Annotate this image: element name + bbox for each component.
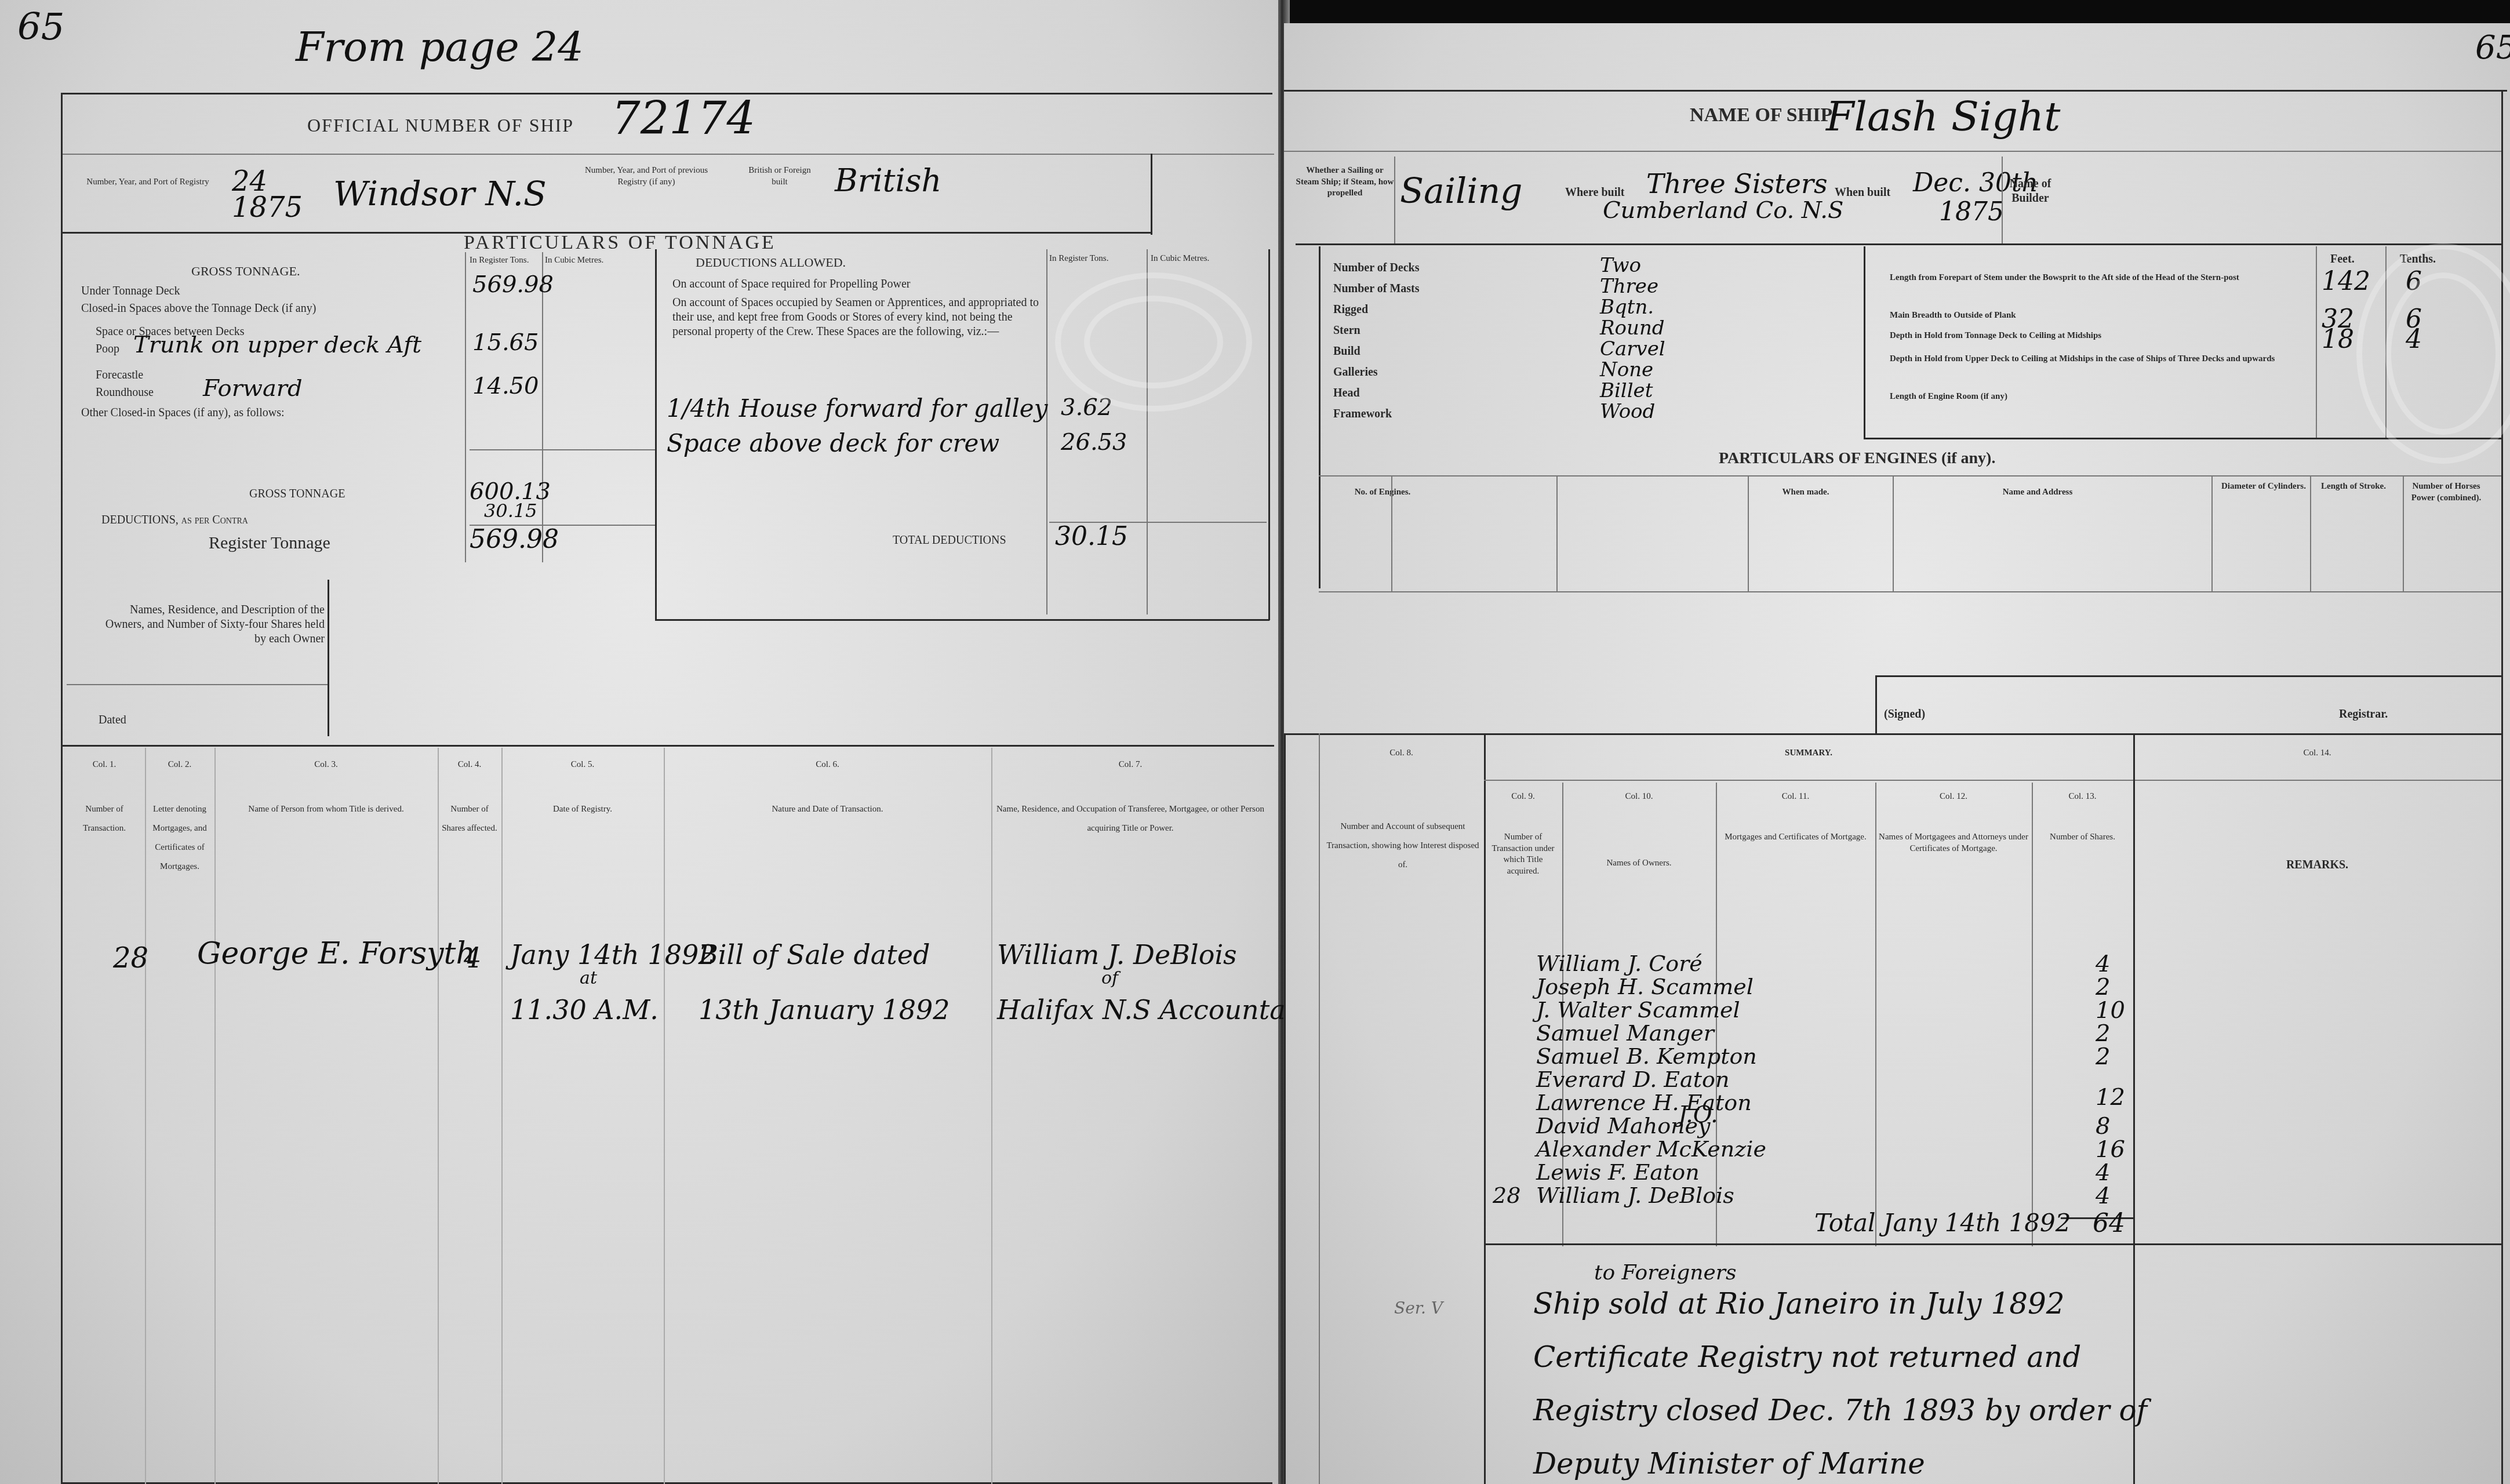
transaction-col-number: Col. 2. [145,759,214,771]
particular-value: Three [1600,275,1658,298]
left-page: 65 From page 24 OFFICIAL NUMBER OF SHIP … [0,0,1278,1484]
owner-name: Samuel B. Kempton [1536,1043,1757,1069]
engine-col-header: No. of Engines. [1325,487,1440,499]
registry-year: 1875 [232,191,303,224]
particular-value: Round [1600,317,1665,340]
header-note: From page 24 [296,23,584,71]
previous-registry-label: Number, Year, and Port of previous Regis… [580,165,713,188]
right-page: 65 NAME OF SHIP Flash Sight Whether a Sa… [1284,23,2510,1484]
official-number: 72174 [612,93,755,145]
gross-row-value: 14.50 [472,373,539,399]
deduction-item-desc: Space above deck for crew [667,429,999,457]
propulsion-value: Sailing [1400,171,1523,212]
gross-row-label: Roundhouse [96,385,154,400]
gross-row-handwritten: Trunk on upper deck Aft [133,332,421,358]
engines-title: PARTICULARS OF ENGINES (if any). [1719,449,1995,468]
engine-col-header: Diameter of Cylinders. [2220,481,2307,493]
dimension-feet: 142 [2322,267,2370,296]
total-label: Total Jany 14th 1892 [1814,1209,2071,1237]
right-page-number: 65 [2475,29,2510,67]
gross-row-value: 569.98 [472,271,554,298]
summary-col-header: Number of Transaction under which Title … [1487,832,1559,877]
ship-name: Flash Sight [1826,93,2060,140]
deduction-item-desc: 1/4th House forward for galley [667,394,1047,423]
particular-label: Head [1333,386,1360,401]
engine-col-header: Name and Address [1980,487,2096,499]
summary-col-header: Names of Mortgagees and Attorneys under … [1878,832,2029,854]
registrar-label: Registrar. [2339,707,2388,722]
particular-value: Wood [1600,400,1655,423]
transaction-col-number: Col. 7. [991,759,1269,771]
particular-label: Build [1333,344,1361,359]
owner-shares: 2 [2096,1043,2110,1070]
transaction-from-person: George E. Forsyth [197,936,475,971]
date-registry-line2: 11.30 A.M. [510,994,659,1025]
when-built-label: When built [1835,185,1890,200]
gross-col-header-tons: In Register Tons. [470,255,529,267]
gross-tonnage-title: GROSS TONNAGE. [191,264,300,279]
dimension-tenths: 4 [2406,325,2422,354]
transferee-line1: William J. DeBlois [997,939,1237,970]
deductions-col-header-metres: In Cubic Metres. [1151,253,1209,265]
transferee-of: of [1101,968,1118,988]
owner-name: Lewis F. Eaton [1536,1159,1700,1185]
owner-name: Alexander McKenzie [1536,1136,1766,1162]
summary-col-number: Col. 12. [1875,791,2032,803]
dimension-label: Length of Engine Room (if any) [1890,391,2307,403]
when-built-line2: 1875 [1939,197,2004,227]
remarks-line: Ship sold at Rio Janeiro in July 1892 [1533,1287,2065,1321]
transferee-line2: Halifax N.S Accountant [997,994,1314,1025]
propelling-label: On account of Space required for Propell… [672,277,910,292]
tonnage-title: PARTICULARS OF TONNAGE [464,232,776,254]
summary-col-number: Col. 9. [1484,791,1562,803]
deductions-contra-label: DEDUCTIONS, as per Contra [101,513,248,528]
owner-name: Everard D. Eaton [1536,1067,1729,1092]
owner-name: J. Walter Scammel [1536,997,1740,1023]
particular-label: Number of Decks [1333,261,1420,275]
propulsion-label: Whether a Sailing or Steam Ship; if Stea… [1296,165,1394,199]
gross-col-header-metres: In Cubic Metres. [545,255,603,267]
owner-name: William J. DeBlois [1536,1183,1734,1208]
transaction-col-number: Col. 3. [214,759,438,771]
dated-label: Dated [99,713,126,728]
engine-col-header: Length of Stroke. [2310,481,2397,493]
joint-owners-note: J.O. [1678,1101,1718,1128]
owner-shares: 12 [2096,1084,2125,1111]
transaction-shares: 4 [464,942,482,974]
british-foreign-label: British or Foreign built [748,165,812,188]
gross-row-label: Under Tonnage Deck [81,284,180,299]
remarks-insert: to Foreigners [1594,1261,1737,1285]
owner-name: William J. Coré [1536,951,1703,976]
transaction-col-header: Name of Person from whom Title is derive… [217,800,435,819]
summary-title: SUMMARY. [1484,748,2133,759]
dimension-feet: 18 [2322,325,2354,354]
summary-col-header: Number of Shares. [2035,832,2130,843]
remarks-line: Certificate Registry not returned and [1533,1340,2081,1374]
builder-label: Name of Builder [2006,177,2055,206]
transaction-col-header: Name, Residence, and Occupation of Trans… [994,800,1267,838]
deduction-item-value: 26.53 [1061,429,1127,456]
particular-value: None [1600,358,1653,381]
owner-name: Lawrence H. Eaton [1536,1090,1752,1115]
transaction-col-header: Date of Registry. [504,800,661,819]
owner-name: Joseph H. Scammel [1536,974,1754,999]
particular-label: Stern [1333,323,1361,338]
total-deductions-value: 30.15 [1055,522,1128,551]
transaction-col-number: Col. 5. [501,759,664,771]
registry-label: Number, Year, and Port of Registry [81,177,214,188]
deductions-contra-value: 30.15 [484,500,537,522]
remarks-header: REMARKS. [2133,858,2501,872]
deductions-col-header-tons: In Register Tons. [1049,253,1108,265]
particular-value: Two [1600,254,1641,277]
where-built-line2: Cumberland Co. N.S [1603,197,1843,224]
col14-number: Col. 14. [2133,748,2501,759]
transaction-col-header: Number of Transaction. [67,800,142,838]
where-built-line1: Three Sisters [1646,168,1828,199]
owners-box-label: Names, Residence, and Description of the… [99,603,325,646]
remarks-line: Registry closed Dec. 7th 1893 by order o… [1533,1394,2147,1427]
col8-header: Number and Account of subsequent Transac… [1325,817,1481,875]
gross-row-label: Closed-in Spaces above the Tonnage Deck … [81,301,316,316]
particular-value: Billet [1600,379,1653,402]
owner-shares: 4 [2096,1183,2110,1209]
nature-line2: 13th January 1892 [699,994,950,1025]
engine-col-header: Number of Horses Power (combined). [2403,481,2490,504]
total-deductions-label: TOTAL DEDUCTIONS [893,533,1006,548]
summary-col-header: Mortgages and Certificates of Mortgage. [1719,832,1872,843]
summary-col-number: Col. 13. [2032,791,2133,803]
dimension-label: Length from Forepart of Stem under the B… [1890,272,2307,284]
dimension-label: Main Breadth to Outside of Plank [1890,310,2307,322]
particular-label: Number of Masts [1333,282,1420,296]
signed-label: (Signed) [1884,707,1925,722]
particular-label: Galleries [1333,365,1378,380]
gross-row-handwritten: Forward [203,375,303,402]
left-page-number: 65 [17,6,64,49]
remarks-line: Deputy Minister of Marine [1533,1447,1925,1481]
total-shares: 64 [2093,1209,2125,1238]
gross-row-label: Forecastle [96,368,143,383]
transaction-col-number: Col. 6. [664,759,991,771]
deductions-title: DEDUCTIONS ALLOWED. [696,255,846,270]
transaction-col-header: Number of Shares affected. [441,800,499,838]
col8-number: Col. 8. [1319,748,1484,759]
engine-col-header: When made. [1748,487,1864,499]
particular-value: Carvel [1600,337,1665,361]
transaction-col-header: Nature and Date of Transaction. [667,800,988,819]
transaction-col-number: Col. 4. [438,759,501,771]
summary-col-number: Col. 10. [1562,791,1716,803]
owner-name: Samuel Manger [1536,1020,1714,1046]
gross-row-label: Poop [96,342,119,357]
transaction-col-header: Letter denoting Mortgages, and Certifica… [148,800,212,876]
particular-value: Bqtn. [1600,296,1654,319]
gross-total-label: GROSS TONNAGE [249,487,345,501]
summary-col-header: Names of Owners. [1565,858,1713,870]
official-number-label: OFFICIAL NUMBER OF SHIP [307,115,574,136]
ship-name-label: NAME OF SHIP [1690,104,1832,126]
gross-row-label: Other Closed-in Spaces (if any), as foll… [81,406,284,420]
british-foreign-value: British [835,162,941,199]
margin-note: Ser. V [1394,1298,1443,1318]
register-tonnage-value: 569.98 [470,525,559,554]
deduction-item-value: 3.62 [1061,394,1112,421]
dimension-tenths: 6 [2406,267,2422,296]
date-registry-line1: Jany 14th 1892 [510,939,715,970]
owner-transaction: 28 [1493,1183,1520,1208]
transaction-col-number: Col. 1. [64,759,145,771]
dimension-label: Depth in Hold from Upper Deck to Ceiling… [1890,354,2307,365]
dimension-col-tenths: Tenths. [2400,252,2436,267]
gross-row-value: 15.65 [472,329,539,356]
dimension-col-feet: Feet. [2330,252,2355,267]
register-tonnage-label: Register Tonnage [209,533,330,553]
particular-label: Rigged [1333,303,1368,317]
crew-spaces-label: On account of Spaces occupied by Seamen … [672,296,1043,339]
registry-port: Windsor N.S [333,174,547,213]
summary-col-number: Col. 11. [1716,791,1875,803]
date-registry-at: at [580,968,597,988]
particular-label: Framework [1333,407,1392,421]
dimension-label: Depth in Hold from Tonnage Deck to Ceili… [1890,330,2307,342]
nature-line1: Bill of Sale dated [699,939,930,970]
transaction-number: 28 [113,942,148,974]
